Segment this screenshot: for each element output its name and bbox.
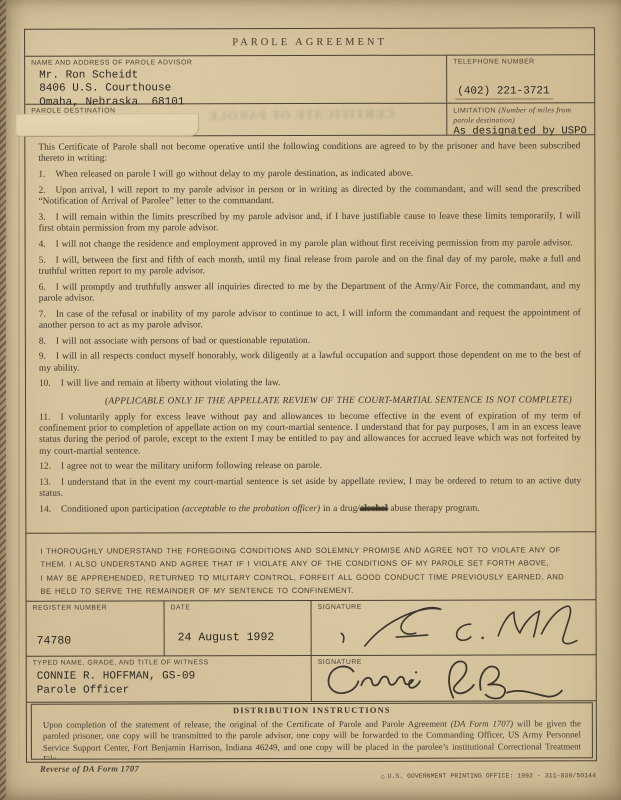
- date-label: DATE: [171, 604, 306, 613]
- condition-item: 13.I understand that in the event my cou…: [39, 476, 581, 500]
- paper-torn-edge: [0, 0, 6, 800]
- text: Conditioned upon participation: [61, 504, 182, 514]
- limitation-label: LIMITATION (Number of miles from parole …: [453, 106, 589, 125]
- condition-item: 14.Conditioned upon participation (accep…: [39, 503, 581, 516]
- text: Upon completion of the statement of rele…: [43, 719, 451, 730]
- condition-number: 4.: [39, 239, 46, 249]
- text: I will not associate with persons of bad…: [56, 336, 310, 347]
- form-title: PAROLE AGREEMENT: [25, 28, 594, 56]
- condition-item: 9.I will in all respects conduct myself …: [39, 351, 581, 375]
- gpo-print-line: ✩U.S. GOVERNMENT PRINTING OFFICE: 1992 -…: [380, 771, 596, 782]
- reverse-note: Reverse of DA Form 1707: [25, 763, 139, 773]
- text-line: 8406 U.S. Courthouse: [39, 82, 441, 97]
- italic-text: (acceptable to the probation officer): [182, 504, 320, 514]
- telephone-cell: TELEPHONE NUMBER (402) 221-3721: [447, 55, 594, 102]
- condition-number: 3.: [39, 212, 46, 222]
- register-number-cell: REGISTER NUMBER 74780: [27, 601, 165, 655]
- condition-item: 2.Upon arrival, I will report to my paro…: [38, 184, 580, 208]
- text: abuse therapy program.: [387, 504, 479, 514]
- date-cell: DATE 24 August 1992: [165, 601, 312, 655]
- witness-label: TYPED NAME, GRADE, AND TITLE OF WITNESS: [33, 659, 306, 668]
- text: In case of the refusal or inability of m…: [39, 308, 581, 331]
- text: I understand that in the event my court-…: [39, 476, 581, 499]
- condition-item: 10.I will live and remain at liberty wit…: [39, 378, 581, 391]
- text-line: I THOROUGHLY UNDERSTAND THE FOREGOING CO…: [40, 543, 581, 558]
- gpo-eagle-mark-icon: ✩: [380, 772, 385, 782]
- whiteout-redaction-patch: [16, 113, 199, 136]
- witness-name-title: CONNIE R. HOFFMAN, GS-09Parole Officer: [37, 670, 306, 698]
- text-line: I MAY BE APPREHENDED, RETURNED TO MILITA…: [40, 570, 581, 585]
- advisor-cell: NAME AND ADDRESS OF PAROLE ADVISOR Mr. R…: [25, 56, 447, 104]
- distribution-text: Upon completion of the statement of rele…: [43, 718, 581, 759]
- distribution-header: DISTRIBUTION INSTRUCTIONS: [43, 705, 581, 715]
- text: in a drug/: [320, 504, 360, 514]
- prisoner-signature-cell: SIGNATURE: [312, 600, 596, 655]
- condition-number: 13.: [39, 478, 51, 488]
- text: I voluntarily apply for excess leave wit…: [39, 411, 581, 456]
- parole-destination-cell: PAROLE DESTINATION CERTIFICATE OF PAROLE: [25, 104, 447, 136]
- condition-item: 4.I will not change the residence and em…: [39, 238, 581, 251]
- condition-item: 12.I agree not to wear the military unif…: [39, 461, 581, 474]
- condition-number: 5.: [39, 255, 46, 265]
- italic-text: (DA Form 1707): [451, 718, 513, 728]
- condition-number: 1.: [38, 170, 45, 180]
- text: I will promptly and truthfully answer al…: [39, 281, 581, 304]
- distribution-box: DISTRIBUTION INSTRUCTIONS Upon completio…: [31, 702, 593, 759]
- advisor-telephone-row: NAME AND ADDRESS OF PAROLE ADVISOR Mr. R…: [25, 55, 594, 104]
- condition-number: 6.: [39, 282, 46, 292]
- text: I will live and remain at liberty withou…: [61, 378, 281, 389]
- conditions-section: This Certificate of Parole shall not bec…: [25, 135, 595, 533]
- condition-number: 9.: [39, 352, 46, 362]
- text-line: Parole Officer: [37, 684, 306, 698]
- condition-item: 1.When released on parole I will go with…: [38, 168, 580, 181]
- destination-limitation-row: PAROLE DESTINATION CERTIFICATE OF PAROLE…: [25, 103, 594, 136]
- register-number-label: REGISTER NUMBER: [33, 604, 159, 613]
- condition-number: 14.: [39, 505, 51, 515]
- register-number-value: 74780: [37, 634, 159, 648]
- scanned-document-paper: PAROLE AGREEMENT NAME AND ADDRESS OF PAR…: [0, 0, 621, 800]
- condition-item: 7.In case of the refusal or inability of…: [39, 308, 581, 332]
- condition-item: 11.I voluntarily apply for excess leave …: [39, 411, 581, 457]
- condition-item: 3.I will remain within the limits prescr…: [39, 211, 581, 235]
- text: Upon arrival, I will report to my parole…: [38, 184, 580, 207]
- promise-statement: I THOROUGHLY UNDERSTAND THE FOREGOING CO…: [26, 532, 595, 601]
- text: I will remain within the limits prescrib…: [39, 211, 581, 234]
- condition-item: 6.I will promptly and truthfully answer …: [39, 281, 581, 305]
- condition-number: 2.: [38, 185, 45, 195]
- page-footer: Reverse of DA Form 1707 ✩U.S. GOVERNMENT…: [25, 762, 596, 782]
- text-line: Mr. Ron Scheidt: [39, 68, 441, 83]
- witness-signature-cell: SIGNATURE: [312, 655, 596, 701]
- conditions-list: 1.When released on parole I will go with…: [38, 168, 581, 516]
- condition-number: 10.: [39, 379, 51, 389]
- witness-signature-ink: [312, 655, 596, 701]
- text-line: BE HELD TO SERVE THE REMAINDER OF MY SEN…: [40, 584, 581, 599]
- condition-number: 12.: [39, 462, 51, 472]
- condition-item: 8.I will not associate with persons of b…: [39, 335, 581, 348]
- text: When released on parole I will go withou…: [55, 169, 413, 180]
- advisor-label: NAME AND ADDRESS OF PAROLE ADVISOR: [31, 59, 441, 69]
- text-line: THEM. I ALSO UNDERSTAND AND AGREE THAT I…: [40, 557, 581, 572]
- signature-row-witness: TYPED NAME, GRADE, AND TITLE OF WITNESS …: [27, 655, 596, 702]
- telephone-label: TELEPHONE NUMBER: [453, 58, 589, 67]
- text: I will in all respects conduct myself ho…: [39, 351, 581, 374]
- text-line: CONNIE R. HOFFMAN, GS-09: [37, 670, 306, 684]
- text: I will, between the first and fifth of e…: [39, 254, 581, 277]
- condition-number: 8.: [39, 336, 46, 346]
- condition-number: 11.: [39, 413, 50, 423]
- witness-cell: TYPED NAME, GRADE, AND TITLE OF WITNESS …: [27, 656, 312, 702]
- limitation-value: As designated by USPO: [453, 125, 589, 139]
- prisoner-signature-ink: [312, 600, 596, 655]
- signature-row-prisoner: REGISTER NUMBER 74780 DATE 24 August 199…: [27, 600, 596, 656]
- telephone-value: (402) 221-3721: [455, 85, 553, 100]
- text: I agree not to wear the military uniform…: [61, 461, 322, 472]
- condition-number: 7.: [39, 309, 46, 319]
- struck-out-text: alcohol: [360, 504, 388, 514]
- date-value: 24 August 1992: [178, 631, 306, 645]
- distribution-section: DISTRIBUTION INSTRUCTIONS Upon completio…: [27, 701, 596, 761]
- conditions-applicability-note: (APPLICABLE ONLY IF THE APPELLATE REVIEW…: [39, 395, 581, 408]
- conditions-intro: This Certificate of Parole shall not bec…: [38, 141, 580, 165]
- condition-item: 5.I will, between the first and fifth of…: [39, 254, 581, 278]
- ink-bleedthrough-ghost-text: CERTIFICATE OF PAROLE: [207, 106, 394, 124]
- parole-agreement-form: PAROLE AGREEMENT NAME AND ADDRESS OF PAR…: [24, 27, 597, 762]
- text: I will not change the residence and empl…: [56, 238, 573, 249]
- limitation-cell: LIMITATION (Number of miles from parole …: [447, 103, 594, 134]
